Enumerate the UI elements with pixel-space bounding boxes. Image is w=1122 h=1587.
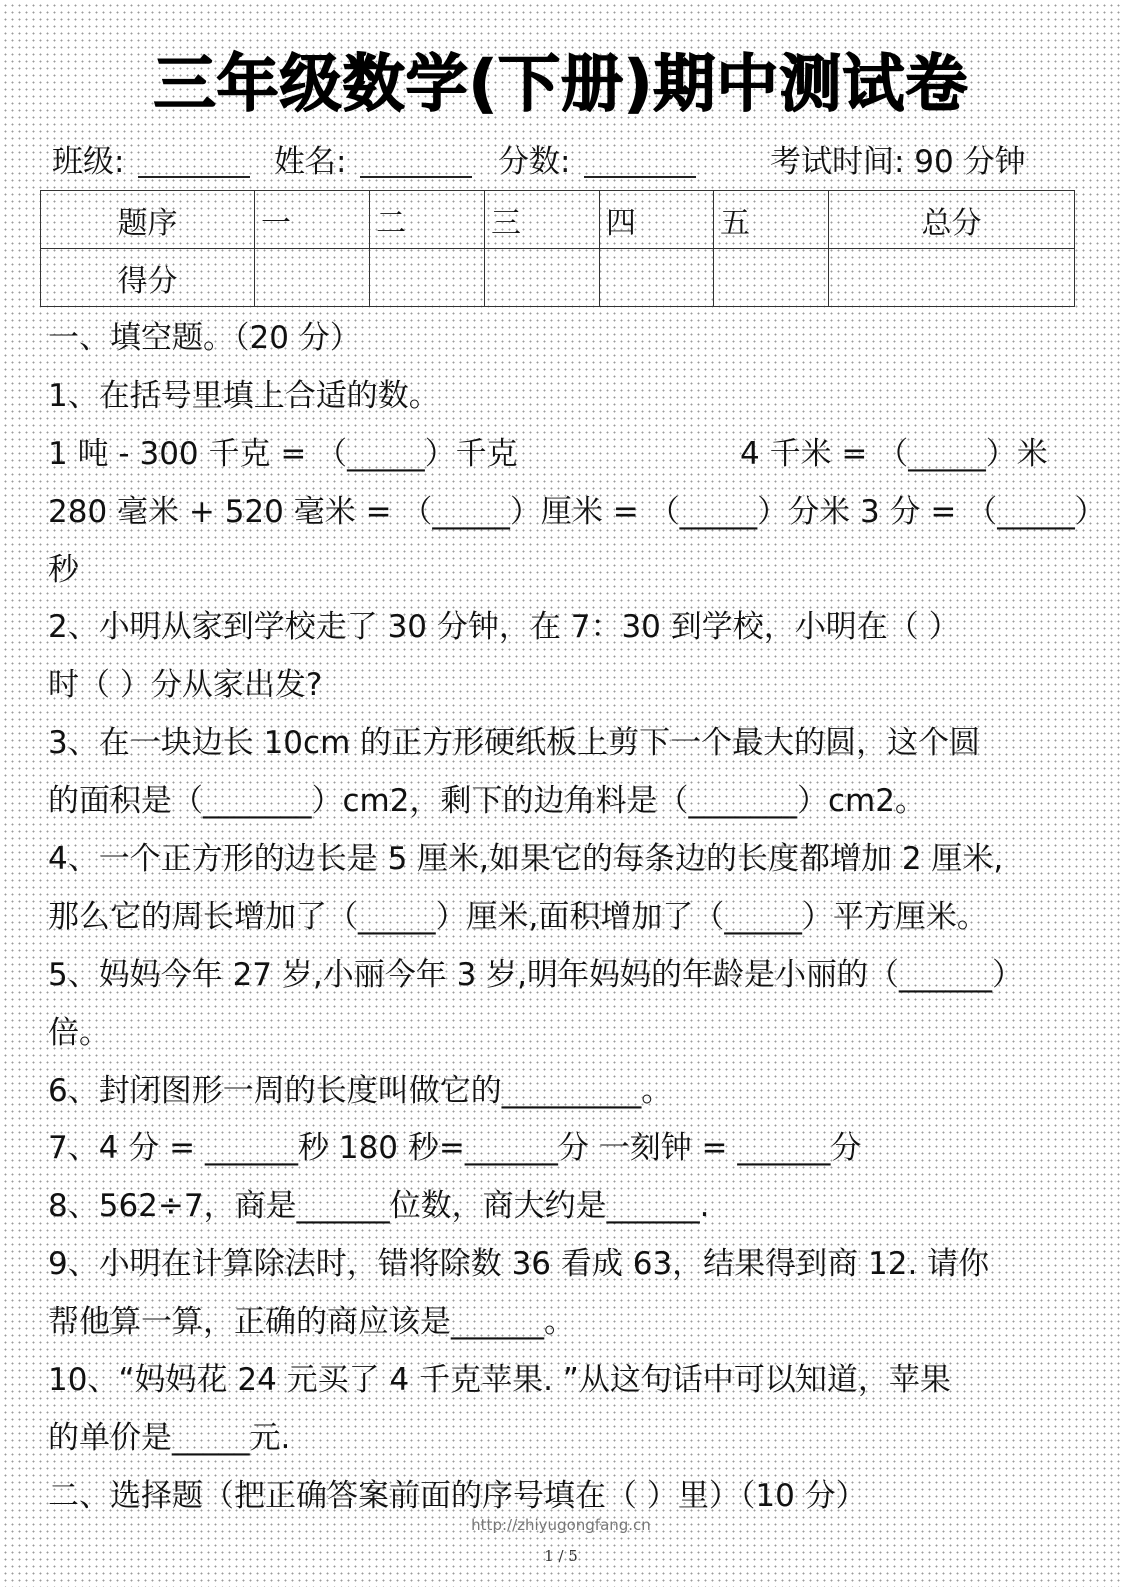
score-table: 题序 一 二 三 四 五 总分 得分 [40, 190, 1075, 307]
question-9-line-1: 9、小明在计算除法时，错将除数 36 看成 63，结果得到商 12. 请你 [48, 1236, 1078, 1294]
question-4-line-1: 4、一个正方形的边长是 5 厘米,如果它的每条边的长度都增加 2 厘米, [48, 831, 1078, 889]
table-score-row: 得分 [41, 249, 1075, 307]
class-blank[interactable] [138, 140, 250, 178]
student-info-row: 班级: 姓名: 分数: 考试时间: 90 分钟 [52, 140, 1062, 184]
score-cell-5[interactable] [714, 249, 829, 307]
question-7: 7、4 分 = ______秒 180 秒=______分 一刻钟 = ____… [48, 1120, 1078, 1178]
exam-content: 一、填空题。（20 分） 1、在括号里填上合适的数。 1 吨 - 300 千克 … [48, 310, 1078, 1526]
footer-url: http://zhiyugongfang.cn [0, 1516, 1122, 1534]
section1-heading: 一、填空题。（20 分） [48, 310, 1078, 368]
class-label: 班级: [52, 144, 124, 180]
header-cell-5: 五 [714, 191, 829, 249]
header-cell-question-no: 题序 [41, 191, 255, 249]
question-2-line-2: 时（ ）分从家出发? [48, 657, 1078, 715]
question-10-line-1: 10、“妈妈花 24 元买了 4 千克苹果. ”从这句话中可以知道，苹果 [48, 1352, 1078, 1410]
header-cell-2: 二 [370, 191, 485, 249]
page-number: 1 / 5 [0, 1547, 1122, 1565]
score-row-label: 得分 [41, 249, 255, 307]
question-1-intro: 1、在括号里填上合适的数。 [48, 368, 1078, 426]
score-field[interactable]: 分数: [498, 140, 696, 184]
score-blank[interactable] [584, 140, 696, 178]
score-cell-4[interactable] [600, 249, 714, 307]
question-1-line-a: 1 吨 - 300 千克 = （_____）千克 4 千米 = （_____）米 [48, 426, 1078, 484]
question-4-line-2: 那么它的周长增加了（_____）厘米,面积增加了（_____）平方厘米。 [48, 889, 1078, 947]
score-cell-1[interactable] [255, 249, 370, 307]
question-1-line-b: 280 毫米 + 520 毫米 = （_____）厘米 = （_____）分米 … [48, 484, 1078, 542]
score-cell-total[interactable] [829, 249, 1075, 307]
score-label: 分数: [498, 144, 570, 180]
question-1-line-c: 秒 [48, 542, 1078, 600]
question-3-line-2: 的面积是（_______）cm2，剩下的边角料是（_______）cm2。 [48, 773, 1078, 831]
question-3-line-1: 3、在一块边长 10cm 的正方形硬纸板上剪下一个最大的圆，这个圆 [48, 715, 1078, 773]
question-5-line-1: 5、妈妈今年 27 岁,小丽今年 3 岁,明年妈妈的年龄是小丽的（______） [48, 947, 1078, 1005]
exam-time: 考试时间: 90 分钟 [770, 140, 1026, 184]
score-cell-2[interactable] [370, 249, 485, 307]
header-cell-4: 四 [600, 191, 714, 249]
name-field[interactable]: 姓名: [274, 140, 472, 184]
question-5-line-2: 倍。 [48, 1005, 1078, 1063]
question-9-line-2: 帮他算一算，正确的商应该是______。 [48, 1294, 1078, 1352]
page-title: 三年级数学(下册)期中测试卷 [0, 44, 1122, 124]
question-6: 6、封闭图形一周的长度叫做它的_________。 [48, 1063, 1078, 1121]
question-1a-text: 1 吨 - 300 千克 = （_____）千克 [48, 436, 518, 472]
class-field[interactable]: 班级: [52, 140, 250, 184]
table-header-row: 题序 一 二 三 四 五 总分 [41, 191, 1075, 249]
header-cell-1: 一 [255, 191, 370, 249]
score-cell-3[interactable] [485, 249, 600, 307]
name-blank[interactable] [360, 140, 472, 178]
header-cell-3: 三 [485, 191, 600, 249]
question-2-line-1: 2、小明从家到学校走了 30 分钟，在 7：30 到学校，小明在（ ） [48, 599, 1078, 657]
question-8: 8、562÷7，商是______位数，商大约是______. [48, 1178, 1078, 1236]
question-10-line-2: 的单价是_____元. [48, 1410, 1078, 1468]
question-1b-text: 4 千米 = （_____）米 [740, 426, 1048, 484]
header-cell-total: 总分 [829, 191, 1075, 249]
name-label: 姓名: [274, 144, 346, 180]
